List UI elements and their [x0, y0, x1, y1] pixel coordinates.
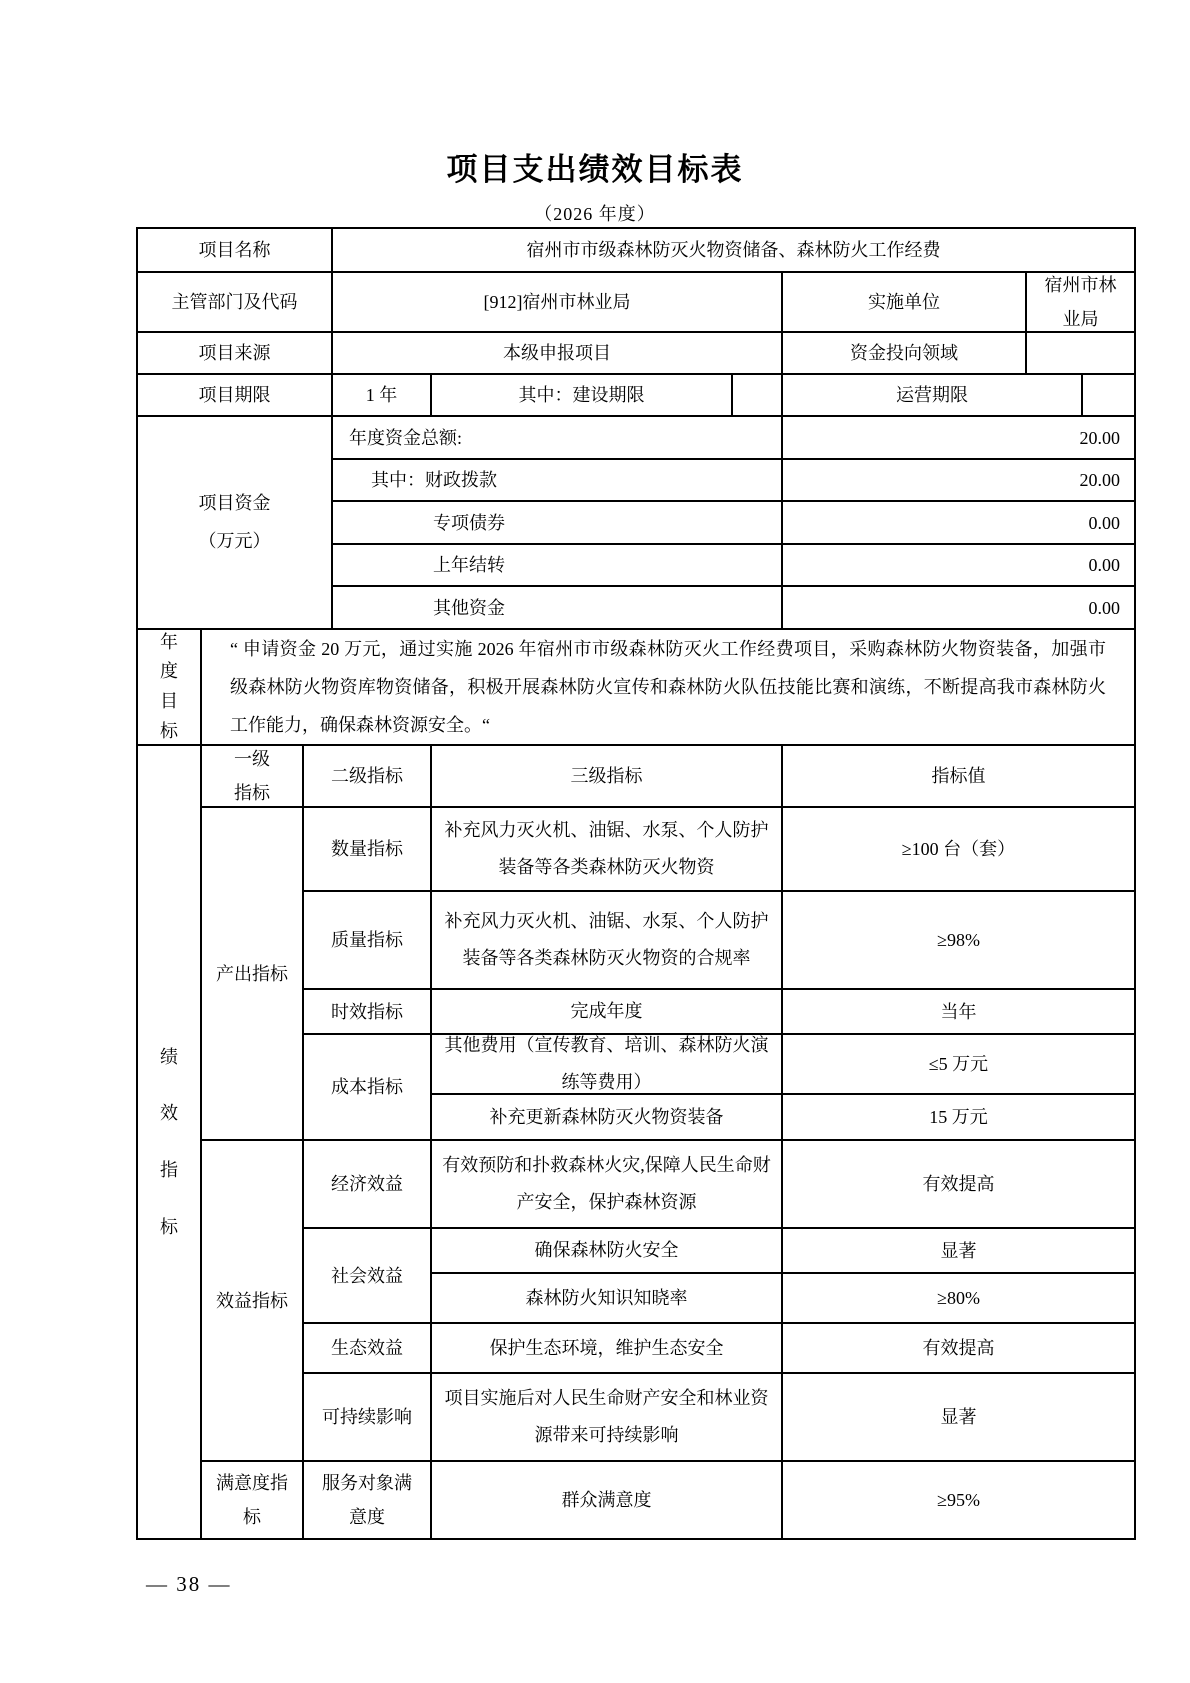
funds-row-label: 其中：财政拨款 — [333, 460, 783, 502]
annual-goal-text: “ 申请资金 20 万元，通过实施 2026 年宿州市市级森林防灭火工作经费项目… — [202, 630, 1136, 746]
quantity-detail: 补充风力灭火机、油锯、水泵、个人防护装备等各类森林防灭火物资 — [432, 808, 783, 892]
document-page: { "page": { "title": "项目支出绩效目标表", "subti… — [0, 0, 1190, 1683]
period-label: 项目期限 — [138, 375, 333, 417]
page-number: — 38 — — [146, 1572, 232, 1597]
cost-label: 成本指标 — [304, 1035, 432, 1141]
social-row2-value: ≥80% — [783, 1274, 1136, 1324]
quality-label: 质量指标 — [304, 892, 432, 990]
sustainable-detail: 项目实施后对人民生命财产安全和林业资源带来可持续影响 — [432, 1374, 783, 1462]
economic-value: 有效提高 — [783, 1141, 1136, 1229]
invest-area-label: 资金投向领域 — [783, 333, 1027, 375]
social-label: 社会效益 — [304, 1229, 432, 1324]
page-title: 项目支出绩效目标表 — [0, 144, 1190, 189]
ecological-value: 有效提高 — [783, 1324, 1136, 1374]
period-value: 1 年 — [333, 375, 432, 417]
build-period-label: 其中：建设期限 — [432, 375, 733, 417]
cost-row1-value: ≤5 万元 — [783, 1035, 1136, 1095]
sustainable-label: 可持续影响 — [304, 1374, 432, 1462]
output-group-label: 产出指标 — [202, 808, 304, 1141]
funds-row-label: 其他资金 — [333, 587, 783, 630]
op-period-value — [1083, 375, 1136, 417]
quality-value: ≥98% — [783, 892, 1136, 990]
time-detail: 完成年度 — [432, 990, 783, 1035]
build-period-value — [733, 375, 783, 417]
social-row1-detail: 确保森林防火安全 — [432, 1229, 783, 1274]
benefit-group-label: 效益指标 — [202, 1141, 304, 1462]
funds-row-value: 0.00 — [783, 545, 1136, 587]
satisfaction-detail: 群众满意度 — [432, 1462, 783, 1540]
impl-unit-value: 宿州市林业局 — [1027, 273, 1136, 333]
social-row1-value: 显著 — [783, 1229, 1136, 1274]
sustainable-value: 显著 — [783, 1374, 1136, 1462]
funds-row-value: 0.00 — [783, 587, 1136, 630]
satisfaction-value: ≥95% — [783, 1462, 1136, 1540]
dept-label: 主管部门及代码 — [138, 273, 333, 333]
funds-row-label: 上年结转 — [333, 545, 783, 587]
annual-goal-label: 年度目标 — [138, 630, 202, 746]
time-value: 当年 — [783, 990, 1136, 1035]
header-level2: 二级指标 — [304, 746, 432, 808]
quantity-value: ≥100 台（套） — [783, 808, 1136, 892]
ecological-label: 生态效益 — [304, 1324, 432, 1374]
economic-label: 经济效益 — [304, 1141, 432, 1229]
cost-row1-detail: 其他费用（宣传教育、培训、森林防火演练等费用） — [432, 1035, 783, 1095]
invest-area-value — [1027, 333, 1136, 375]
performance-target-table: 项目名称 宿州市市级森林防灭火物资储备、森林防火工作经费 主管部门及代码 [91… — [136, 227, 1136, 1540]
time-label: 时效指标 — [304, 990, 432, 1035]
header-level1: 一级指标 — [202, 746, 304, 808]
funds-row-value: 0.00 — [783, 502, 1136, 545]
header-level3: 三级指标 — [432, 746, 783, 808]
dept-value: [912]宿州市林业局 — [333, 273, 783, 333]
indicators-label: 绩效指标 — [138, 746, 202, 1540]
funds-row-value: 20.00 — [783, 460, 1136, 502]
project-name-label: 项目名称 — [138, 229, 333, 273]
funds-row-label: 年度资金总额: — [333, 417, 783, 460]
impl-unit-label: 实施单位 — [783, 273, 1027, 333]
satisfaction-group-label: 满意度指标 — [202, 1462, 304, 1540]
source-value: 本级申报项目 — [333, 333, 783, 375]
satisfaction-target-label: 服务对象满意度 — [304, 1462, 432, 1540]
op-period-label: 运营期限 — [783, 375, 1083, 417]
funds-row-value: 20.00 — [783, 417, 1136, 460]
funds-row-label: 专项债券 — [333, 502, 783, 545]
cost-row2-detail: 补充更新森林防灭火物资装备 — [432, 1095, 783, 1141]
page-subtitle: （2026 年度） — [0, 200, 1190, 226]
quantity-label: 数量指标 — [304, 808, 432, 892]
funds-label: 项目资金 （万元） — [138, 417, 333, 630]
ecological-detail: 保护生态环境，维护生态安全 — [432, 1324, 783, 1374]
cost-row2-value: 15 万元 — [783, 1095, 1136, 1141]
source-label: 项目来源 — [138, 333, 333, 375]
economic-detail: 有效预防和扑救森林火灾,保障人民生命财产安全，保护森林资源 — [432, 1141, 783, 1229]
social-row2-detail: 森林防火知识知晓率 — [432, 1274, 783, 1324]
header-value: 指标值 — [783, 746, 1136, 808]
quality-detail: 补充风力灭火机、油锯、水泵、个人防护装备等各类森林防灭火物资的合规率 — [432, 892, 783, 990]
project-name-value: 宿州市市级森林防灭火物资储备、森林防火工作经费 — [333, 229, 1136, 273]
